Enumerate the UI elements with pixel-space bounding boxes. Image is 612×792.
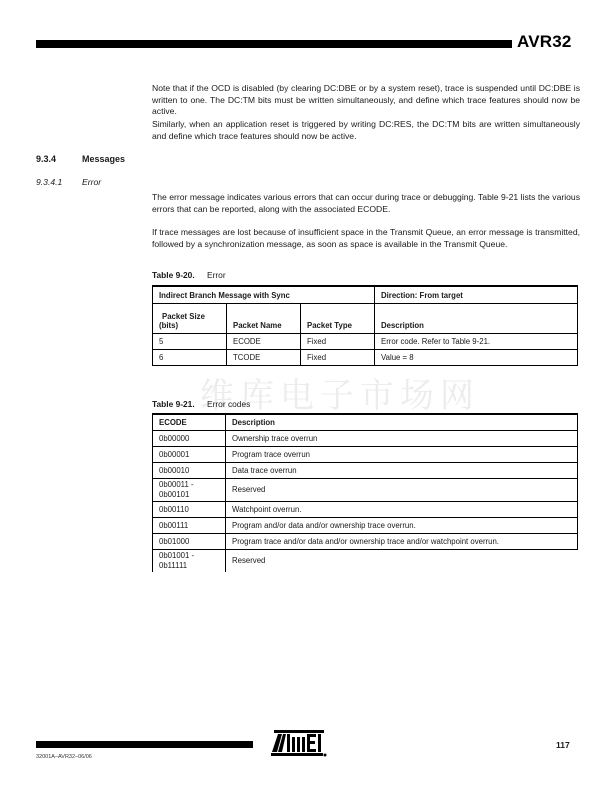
table-cell: 6: [153, 350, 227, 366]
description-cell: Reserved: [226, 479, 578, 502]
error-codes-table: ECODE Description 0b00000 Ownership trac…: [152, 413, 578, 572]
section-number: 9.3.4: [36, 154, 56, 164]
column-header: Description: [375, 304, 578, 334]
table-row: 0b00000 Ownership trace overrun: [153, 431, 578, 447]
footer-rule: [36, 741, 253, 748]
description-cell: Reserved: [226, 550, 578, 573]
atmel-logo-icon: [268, 728, 328, 758]
document-title: AVR32: [517, 32, 572, 52]
watermark: 维库电子市场网: [200, 368, 480, 417]
table-row: 0b00010 Data trace overrun: [153, 463, 578, 479]
table-row: 6 TCODE Fixed Value = 8: [153, 350, 578, 366]
error-packet-table: Indirect Branch Message with Sync Direct…: [152, 285, 578, 366]
table-row: 0b01000 Program trace and/or data and/or…: [153, 534, 578, 550]
table-header-message: Indirect Branch Message with Sync: [153, 286, 375, 304]
ecode-cell: 0b01000: [153, 534, 226, 550]
table-row: 0b00110 Watchpoint overrun.: [153, 502, 578, 518]
table-cell: Fixed: [301, 334, 375, 350]
subsection-number: 9.3.4.1: [36, 177, 62, 187]
ecode-cell: 0b00000: [153, 431, 226, 447]
table-cell: ECODE: [227, 334, 301, 350]
ecode-cell: 0b00111: [153, 518, 226, 534]
table-cell: Value = 8: [375, 350, 578, 366]
table-row: 0b01001 - 0b11111 Reserved: [153, 550, 578, 573]
table-caption: Table 9-20.Error: [152, 270, 226, 280]
description-cell: Ownership trace overrun: [226, 431, 578, 447]
ecode-cell: 0b00110: [153, 502, 226, 518]
table-caption: Table 9-21.Error codes: [152, 399, 250, 409]
table-row: 0b00111 Program and/or data and/or owner…: [153, 518, 578, 534]
table-row: 0b00011 - 0b00101 Reserved: [153, 479, 578, 502]
column-header: Packet Type: [301, 304, 375, 334]
description-cell: Program and/or data and/or ownership tra…: [226, 518, 578, 534]
header-rule: [36, 40, 512, 48]
description-cell: Program trace overrun: [226, 447, 578, 463]
section-title: Messages: [82, 154, 125, 164]
paragraph-ocd-disabled: Note that if the OCD is disabled (by cle…: [152, 83, 580, 118]
table-row: 0b00001 Program trace overrun: [153, 447, 578, 463]
page-number: 117: [556, 740, 570, 750]
paragraph-error-message: The error message indicates various erro…: [152, 192, 580, 215]
description-cell: Watchpoint overrun.: [226, 502, 578, 518]
ecode-cell: 0b00010: [153, 463, 226, 479]
description-cell: Data trace overrun: [226, 463, 578, 479]
table-cell: Error code. Refer to Table 9-21.: [375, 334, 578, 350]
subsection-title: Error: [82, 177, 101, 187]
column-header: ECODE: [153, 414, 226, 431]
table-number: Table 9-20.: [152, 270, 207, 280]
column-header: Packet Size(bits): [153, 304, 227, 334]
paragraph-lost-messages: If trace messages are lost because of in…: [152, 227, 580, 250]
table-cell: TCODE: [227, 350, 301, 366]
table-number: Table 9-21.: [152, 399, 207, 409]
document-id: 32001A–AVR32–06/06: [36, 754, 92, 760]
ecode-cell: 0b01001 - 0b11111: [153, 550, 226, 573]
ecode-cell: 0b00011 - 0b00101: [153, 479, 226, 502]
ecode-cell: 0b00001: [153, 447, 226, 463]
table-cell: Fixed: [301, 350, 375, 366]
table-title: Error codes: [207, 399, 250, 409]
column-header: Description: [226, 414, 578, 431]
column-header: Packet Name: [227, 304, 301, 334]
description-cell: Program trace and/or data and/or ownersh…: [226, 534, 578, 550]
table-header-direction: Direction: From target: [375, 286, 578, 304]
table-row: 5 ECODE Fixed Error code. Refer to Table…: [153, 334, 578, 350]
table-cell: 5: [153, 334, 227, 350]
paragraph-application-reset: Similarly, when an application reset is …: [152, 119, 580, 142]
table-title: Error: [207, 270, 226, 280]
